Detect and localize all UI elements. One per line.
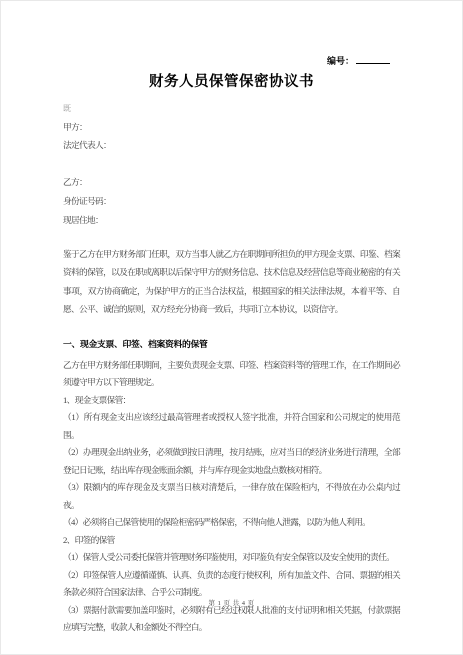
document-page: 编号： 财务人员保管保密协议书 既 甲方： 法定代表人： 乙方： 身份证号码： … — [0, 0, 463, 655]
serial-number-line: 编号： — [0, 0, 463, 66]
party-b-label: 乙方： — [63, 177, 400, 187]
residence-label: 现居住地： — [63, 215, 400, 225]
page-footer: 第 1 页 共 4 页 — [0, 598, 463, 607]
clause-seal-item-2: （2）印签保管人应遵循谨慎、认真、负责的态度行使权利，所有加盖文件、合同、票据的… — [63, 567, 400, 602]
section-1-heading: 一、现金支票、印签、档案资料的保管 — [63, 338, 400, 350]
document-body: 既 甲方： 法定代表人： 乙方： 身份证号码： 现居住地： 鉴于乙方在甲方财务部… — [63, 104, 400, 637]
clause-seal-title: 2、印签的保管 — [63, 532, 400, 550]
clause-seal-item-1: （1）保管人受公司委托保管并管理财务印鉴使用，对印鉴负有安全保管以及安全使用的责… — [63, 549, 400, 567]
party-a-label: 甲方： — [63, 122, 400, 132]
clause-cash-item-4: （4）必须将自己保管使用的保险柜密码严格保密，不得向他人泄露，以防为他人利用。 — [63, 514, 400, 532]
clause-cash-item-3: （3）限额内的库存现金及支票当日核对清楚后，一律存放在保险柜内，不得放在办公桌内… — [63, 479, 400, 514]
clause-cash-item-1: （1）所有现金支出应该经过最高管理者或授权人签字批准，并符合国家和公司规定的使用… — [63, 409, 400, 444]
serial-label: 编号： — [327, 56, 354, 66]
serial-blank-line — [356, 55, 390, 64]
legal-representative-label: 法定代表人： — [63, 140, 400, 150]
id-number-label: 身份证号码： — [63, 196, 400, 206]
preamble-paragraph: 鉴于乙方在甲方财务部门任职，双方当事人就乙方在职期间所担负的甲方现金支票、印鉴、… — [63, 245, 400, 319]
section-1-intro: 乙方在甲方财务部任职期间，主要负责现金支票、印签、档案资料等的管理工作，在工作期… — [63, 357, 400, 392]
clause-cash-title: 1、现金支票保管： — [63, 392, 400, 410]
clause-cash-item-2: （2）办理现金出纳业务，必须做到按日清理，按月结账，应对当日的经济业务进行清理，… — [63, 444, 400, 479]
page-title: 财务人员保管保密协议书 — [0, 74, 463, 90]
stray-char: 既 — [63, 104, 400, 114]
